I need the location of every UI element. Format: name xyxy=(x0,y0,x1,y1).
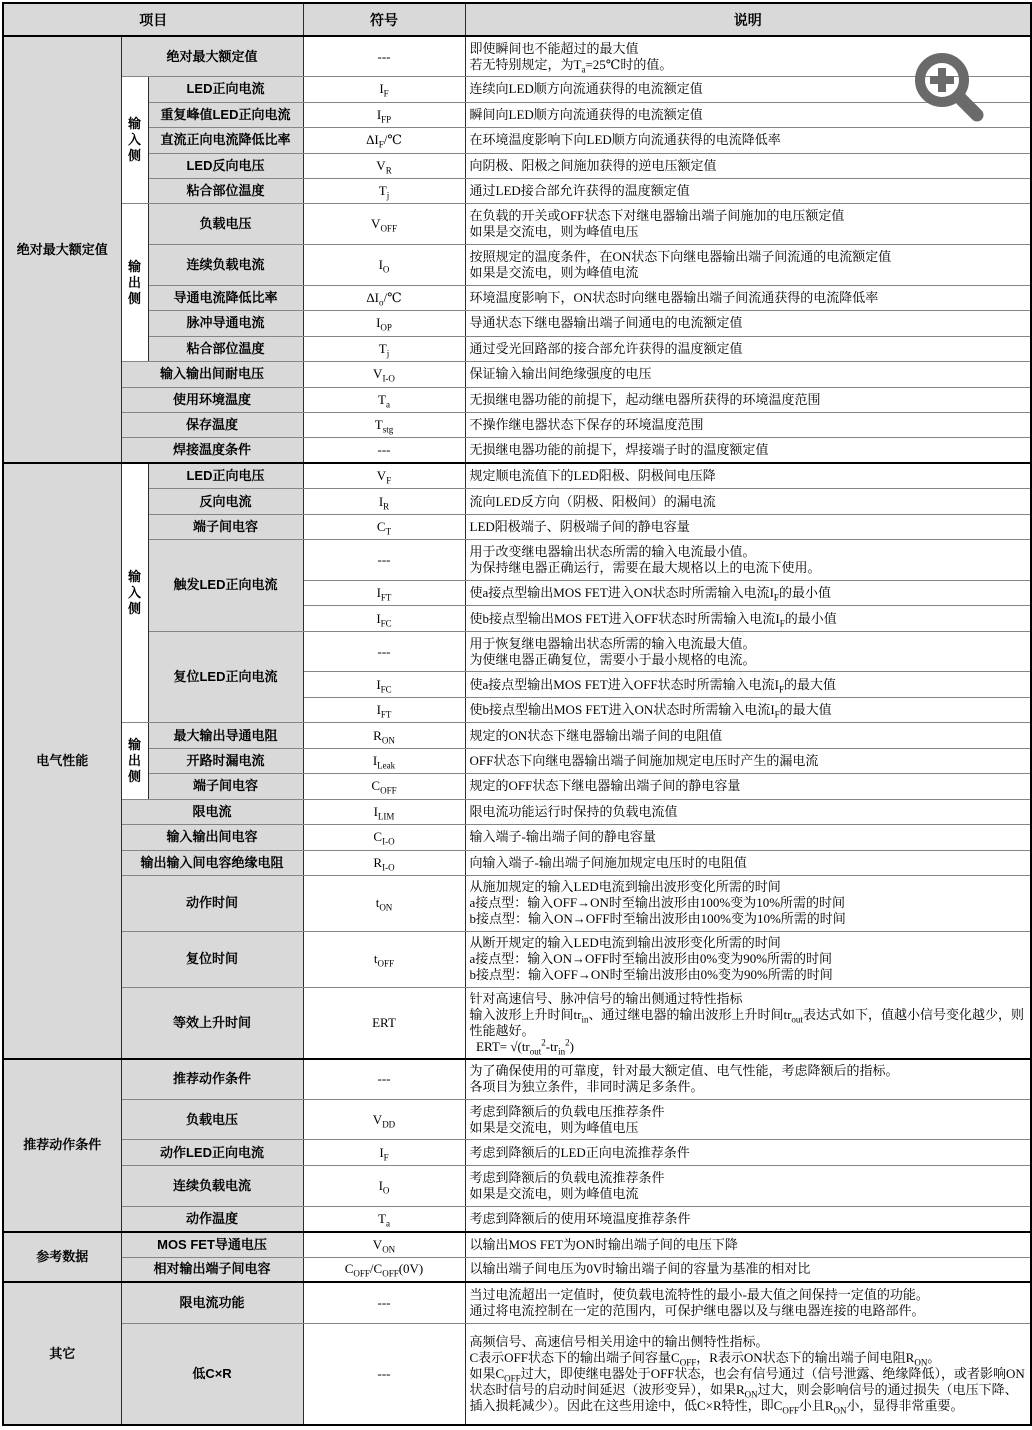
item-cell: 相对输出端子间电容 xyxy=(121,1257,303,1282)
symbol-cell: IF xyxy=(303,77,465,102)
table-row: 重复峰值LED正向电流IFP瞬间向LED顺方向流通获得的电流额定值 xyxy=(3,102,1031,127)
description-cell: 以输出端子间电压为0V时输出端子间的容量为基准的相对比 xyxy=(465,1257,1031,1282)
table-row: 输出侧最大输出导通电阻RON规定的ON状态下继电器输出端子间的电阻值 xyxy=(3,723,1031,748)
table-row: 负载电压VDD考虑到降额后的负载电压推荐条件如果是交流电，则为峰值电压 xyxy=(3,1099,1031,1140)
item-cell: 复位时间 xyxy=(121,931,303,987)
item-cell: 端子间电容 xyxy=(148,514,303,539)
description-cell: 通过受光回路部的接合部允许获得的温度额定值 xyxy=(465,336,1031,361)
description-cell: 考虑到降额后的负载电压推荐条件如果是交流电，则为峰值电压 xyxy=(465,1099,1031,1140)
symbol-cell: --- xyxy=(303,1282,465,1323)
symbol-cell: tON xyxy=(303,875,465,931)
symbol-cell: ILIM xyxy=(303,799,465,824)
symbol-cell: IFC xyxy=(303,672,465,697)
description-cell: 用于改变继电器输出状态所需的输入电流最小值。为保持继电器正确运行，需要在最大规格… xyxy=(465,540,1031,581)
table-row: 复位时间tOFF从断开规定的输入LED电流到输出波形变化所需的时间a接点型：输入… xyxy=(3,931,1031,987)
item-cell: 输出输入间电容绝缘电阻 xyxy=(121,850,303,875)
description-cell: 使b接点型输出MOS FET进入OFF状态时所需输入电流IF的最小值 xyxy=(465,606,1031,631)
table-row: 连续负载电流IO考虑到降额后的负载电流推荐条件如果是交流电，则为峰值电流 xyxy=(3,1165,1031,1206)
section-label-cell: 绝对最大额定值 xyxy=(3,36,121,463)
table-row: 绝对最大额定值绝对最大额定值---即使瞬间也不能超过的最大值若无特别规定，为Ta… xyxy=(3,36,1031,77)
description-cell: 流向LED反方向（阴极、阳极间）的漏电流 xyxy=(465,489,1031,514)
symbol-cell: Ta xyxy=(303,1206,465,1231)
symbol-cell: ILeak xyxy=(303,748,465,773)
table-row: 相对输出端子间电容COFF/COFF(0V)以输出端子间电压为0V时输出端子间的… xyxy=(3,1257,1031,1282)
description-cell: 输入端子-输出端子间的静电容量 xyxy=(465,825,1031,850)
table-row: 连续负载电流IO按照规定的温度条件，在ON状态下向继电器输出端子间流通的电流额定… xyxy=(3,245,1031,286)
table-row: 端子间电容COFF规定的OFF状态下继电器输出端子间的静电容量 xyxy=(3,774,1031,799)
symbol-cell: --- xyxy=(303,1059,465,1100)
zoom-in-icon[interactable] xyxy=(911,49,991,129)
symbol-cell: COFF xyxy=(303,774,465,799)
item-cell: 重复峰值LED正向电流 xyxy=(148,102,303,127)
symbol-cell: Tstg xyxy=(303,412,465,437)
symbol-cell: --- xyxy=(303,631,465,672)
table-row: 电气性能输入侧LED正向电压VF规定顺电流值下的LED阳极、阴极间电压降 xyxy=(3,463,1031,488)
symbol-cell: --- xyxy=(303,540,465,581)
item-cell: 低C×R xyxy=(121,1323,303,1425)
table-row: 粘合部位温度Tj通过受光回路部的接合部允许获得的温度额定值 xyxy=(3,336,1031,361)
table-row: 粘合部位温度Tj通过LED接合部允许获得的温度额定值 xyxy=(3,178,1031,203)
symbol-cell: COFF/COFF(0V) xyxy=(303,1257,465,1282)
table-row: 低C×R---高频信号、高速信号相关用途中的输出侧特性指标。C表示OFF状态下的… xyxy=(3,1323,1031,1425)
table-row: 端子间电容CTLED阳极端子、阴极端子间的静电容量 xyxy=(3,514,1031,539)
description-cell: 使b接点型输出MOS FET进入ON状态时所需输入电流IF的最大值 xyxy=(465,697,1031,722)
item-cell: 导通电流降低比率 xyxy=(148,285,303,310)
item-cell: 限电流 xyxy=(121,799,303,824)
item-cell: 开路时漏电流 xyxy=(148,748,303,773)
spec-table: 项目 符号 说明 绝对最大额定值绝对最大额定值---即使瞬间也不能超过的最大值若… xyxy=(2,2,1032,1426)
description-cell: 向阴极、阳极之间施加获得的逆电压额定值 xyxy=(465,153,1031,178)
table-row: 输入输出间耐电压VI-O保证输入输出间绝缘强度的电压 xyxy=(3,362,1031,387)
symbol-cell: --- xyxy=(303,438,465,463)
description-cell: 考虑到降额后的负载电流推荐条件如果是交流电，则为峰值电流 xyxy=(465,1165,1031,1206)
description-cell: 高频信号、高速信号相关用途中的输出侧特性指标。C表示OFF状态下的输出端子间容量… xyxy=(465,1323,1031,1425)
symbol-cell: VF xyxy=(303,463,465,488)
symbol-cell: IO xyxy=(303,1165,465,1206)
symbol-cell: VI-O xyxy=(303,362,465,387)
item-cell: LED正向电流 xyxy=(148,77,303,102)
description-cell: 无损继电器功能的前提下，焊接端子时的温度额定值 xyxy=(465,438,1031,463)
table-row: 限电流ILIM限电流功能运行时保持的负载电流值 xyxy=(3,799,1031,824)
symbol-cell: VDD xyxy=(303,1099,465,1140)
description-cell: 通过LED接合部允许获得的温度额定值 xyxy=(465,178,1031,203)
item-cell: 输入输出间耐电压 xyxy=(121,362,303,387)
description-cell: 导通状态下继电器输出端子间通电的电流额定值 xyxy=(465,311,1031,336)
symbol-cell: IFT xyxy=(303,580,465,605)
description-cell: OFF状态下向继电器输出端子间施加规定电压时产生的漏电流 xyxy=(465,748,1031,773)
item-cell: 动作温度 xyxy=(121,1206,303,1231)
description-cell: 无损继电器功能的前提下，起动继电器所获得的环境温度范围 xyxy=(465,387,1031,412)
item-cell: 连续负载电流 xyxy=(121,1165,303,1206)
table-row: 参考数据MOS FET导通电压VON以输出MOS FET为ON时输出端子间的电压… xyxy=(3,1232,1031,1257)
item-cell: 保存温度 xyxy=(121,412,303,437)
item-cell: 最大输出导通电阻 xyxy=(148,723,303,748)
symbol-cell: Tj xyxy=(303,336,465,361)
table-row: 脉冲导通电流IOP导通状态下继电器输出端子间通电的电流额定值 xyxy=(3,311,1031,336)
description-cell: LED阳极端子、阴极端子间的静电容量 xyxy=(465,514,1031,539)
table-row: 其它限电流功能---当过电流超出一定值时，使负载电流特性的最小-最大值之间保持一… xyxy=(3,1282,1031,1323)
spec-document-page: 项目 符号 说明 绝对最大额定值绝对最大额定值---即使瞬间也不能超过的最大值若… xyxy=(0,2,1032,1430)
symbol-cell: IFC xyxy=(303,606,465,631)
item-cell: 动作时间 xyxy=(121,875,303,931)
description-cell: 针对高速信号、脉冲信号的输出侧通过特性指标输入波形上升时间trin、通过继电器的… xyxy=(465,987,1031,1058)
symbol-cell: IFP xyxy=(303,102,465,127)
table-header-description: 说明 xyxy=(465,3,1031,36)
symbol-cell: IO xyxy=(303,245,465,286)
item-cell: 绝对最大额定值 xyxy=(121,36,303,77)
item-cell: 复位LED正向电流 xyxy=(148,631,303,723)
description-cell: 规定的OFF状态下继电器输出端子间的静电容量 xyxy=(465,774,1031,799)
item-cell: LED反向电压 xyxy=(148,153,303,178)
table-row: 输出输入间电容绝缘电阻RI-O向输入端子-输出端子间施加规定电压时的电阻值 xyxy=(3,850,1031,875)
table-row: 输出侧负载电压VOFF在负载的开关或OFF状态下对继电器输出端子间施加的电压额定… xyxy=(3,204,1031,245)
item-cell: 连续负载电流 xyxy=(148,245,303,286)
group-label-cell: 输出侧 xyxy=(121,723,148,799)
symbol-cell: CT xyxy=(303,514,465,539)
description-cell: 按照规定的温度条件，在ON状态下向继电器输出端子间流通的电流额定值如果是交流电，… xyxy=(465,245,1031,286)
table-row: 复位LED正向电流---用于恢复继电器输出状态所需的输入电流最大值。为使继电器正… xyxy=(3,631,1031,672)
table-row: 导通电流降低比率ΔIo/℃环境温度影响下，ON状态时向继电器输出端子间流通获得的… xyxy=(3,285,1031,310)
symbol-cell: --- xyxy=(303,36,465,77)
description-cell: 为了确保使用的可靠度，针对最大额定值、电气性能，考虑降额后的指标。各项目为独立条… xyxy=(465,1059,1031,1100)
group-label-cell: 输出侧 xyxy=(121,204,148,362)
table-row: 保存温度Tstg不操作继电器状态下保存的环境温度范围 xyxy=(3,412,1031,437)
symbol-cell: ERT xyxy=(303,987,465,1058)
table-row: 直流正向电流降低比率ΔIF/℃在环境温度影响下向LED顺方向流通获得的电流降低率 xyxy=(3,128,1031,153)
table-row: 触发LED正向电流---用于改变继电器输出状态所需的输入电流最小值。为保持继电器… xyxy=(3,540,1031,581)
table-row: 动作LED正向电流IF考虑到降额后的LED正向电流推荐条件 xyxy=(3,1140,1031,1165)
description-cell: 当过电流超出一定值时，使负载电流特性的最小-最大值之间保持一定值的功能。通过将电… xyxy=(465,1282,1031,1323)
item-cell: 焊接温度条件 xyxy=(121,438,303,463)
item-cell: 输入输出间电容 xyxy=(121,825,303,850)
symbol-cell: IFT xyxy=(303,697,465,722)
description-cell: 考虑到降额后的LED正向电流推荐条件 xyxy=(465,1140,1031,1165)
table-row: 动作温度Ta考虑到降额后的使用环境温度推荐条件 xyxy=(3,1206,1031,1231)
symbol-cell: IF xyxy=(303,1140,465,1165)
spec-table-body: 绝对最大额定值绝对最大额定值---即使瞬间也不能超过的最大值若无特别规定，为Ta… xyxy=(3,36,1031,1425)
table-row: 使用环境温度Ta无损继电器功能的前提下，起动继电器所获得的环境温度范围 xyxy=(3,387,1031,412)
item-cell: 使用环境温度 xyxy=(121,387,303,412)
item-cell: 脉冲导通电流 xyxy=(148,311,303,336)
symbol-cell: ΔIF/℃ xyxy=(303,128,465,153)
item-cell: 推荐动作条件 xyxy=(121,1059,303,1100)
description-cell: 保证输入输出间绝缘强度的电压 xyxy=(465,362,1031,387)
description-cell: 在负载的开关或OFF状态下对继电器输出端子间施加的电压额定值如果是交流电，则为峰… xyxy=(465,204,1031,245)
symbol-cell: CI-O xyxy=(303,825,465,850)
item-cell: 粘合部位温度 xyxy=(148,336,303,361)
table-row: 输入侧LED正向电流IF连续向LED顺方向流通获得的电流额定值 xyxy=(3,77,1031,102)
table-row: 反向电流IR流向LED反方向（阴极、阳极间）的漏电流 xyxy=(3,489,1031,514)
section-label-cell: 推荐动作条件 xyxy=(3,1059,121,1232)
symbol-cell: tOFF xyxy=(303,931,465,987)
table-row: LED反向电压VR向阴极、阳极之间施加获得的逆电压额定值 xyxy=(3,153,1031,178)
item-cell: LED正向电压 xyxy=(148,463,303,488)
table-header-row: 项目 符号 说明 xyxy=(3,3,1031,36)
symbol-cell: Ta xyxy=(303,387,465,412)
description-cell: 从断开规定的输入LED电流到输出波形变化所需的时间a接点型：输入ON→OFF时至… xyxy=(465,931,1031,987)
item-cell: 粘合部位温度 xyxy=(148,178,303,203)
description-cell: 使a接点型输出MOS FET进入OFF状态时所需输入电流IF的最大值 xyxy=(465,672,1031,697)
description-cell: 环境温度影响下，ON状态时向继电器输出端子间流通获得的电流降低率 xyxy=(465,285,1031,310)
table-row: 输入输出间电容CI-O输入端子-输出端子间的静电容量 xyxy=(3,825,1031,850)
section-label-cell: 其它 xyxy=(3,1282,121,1425)
item-cell: 动作LED正向电流 xyxy=(121,1140,303,1165)
description-cell: 限电流功能运行时保持的负载电流值 xyxy=(465,799,1031,824)
description-cell: 不操作继电器状态下保存的环境温度范围 xyxy=(465,412,1031,437)
symbol-cell: RON xyxy=(303,723,465,748)
description-cell: 规定的ON状态下继电器输出端子间的电阻值 xyxy=(465,723,1031,748)
description-cell: 从施加规定的输入LED电流到输出波形变化所需的时间a接点型：输入OFF→ON时至… xyxy=(465,875,1031,931)
item-cell: 等效上升时间 xyxy=(121,987,303,1058)
group-label-cell: 输入侧 xyxy=(121,463,148,722)
symbol-cell: IOP xyxy=(303,311,465,336)
symbol-cell: --- xyxy=(303,1323,465,1425)
symbol-cell: Tj xyxy=(303,178,465,203)
symbol-cell: IR xyxy=(303,489,465,514)
description-cell: 考虑到降额后的使用环境温度推荐条件 xyxy=(465,1206,1031,1231)
item-cell: 负载电压 xyxy=(121,1099,303,1140)
item-cell: 触发LED正向电流 xyxy=(148,540,303,632)
table-row: 焊接温度条件---无损继电器功能的前提下，焊接端子时的温度额定值 xyxy=(3,438,1031,463)
symbol-cell: VR xyxy=(303,153,465,178)
symbol-cell: VON xyxy=(303,1232,465,1257)
description-cell: 以输出MOS FET为ON时输出端子间的电压下降 xyxy=(465,1232,1031,1257)
description-cell: 使a接点型输出MOS FET进入ON状态时所需输入电流IF的最小值 xyxy=(465,580,1031,605)
description-cell: 在环境温度影响下向LED顺方向流通获得的电流降低率 xyxy=(465,128,1031,153)
description-cell: 向输入端子-输出端子间施加规定电压时的电阻值 xyxy=(465,850,1031,875)
symbol-cell: RI-O xyxy=(303,850,465,875)
table-row: 动作时间tON从施加规定的输入LED电流到输出波形变化所需的时间a接点型：输入O… xyxy=(3,875,1031,931)
symbol-cell: VOFF xyxy=(303,204,465,245)
item-cell: 端子间电容 xyxy=(148,774,303,799)
section-label-cell: 参考数据 xyxy=(3,1232,121,1283)
table-row: 等效上升时间ERT针对高速信号、脉冲信号的输出侧通过特性指标输入波形上升时间tr… xyxy=(3,987,1031,1058)
item-cell: 限电流功能 xyxy=(121,1282,303,1323)
item-cell: MOS FET导通电压 xyxy=(121,1232,303,1257)
symbol-cell: ΔIo/℃ xyxy=(303,285,465,310)
description-cell: 规定顺电流值下的LED阳极、阴极间电压降 xyxy=(465,463,1031,488)
table-row: 开路时漏电流ILeakOFF状态下向继电器输出端子间施加规定电压时产生的漏电流 xyxy=(3,748,1031,773)
item-cell: 直流正向电流降低比率 xyxy=(148,128,303,153)
table-header-item: 项目 xyxy=(3,3,303,36)
table-row: 推荐动作条件推荐动作条件---为了确保使用的可靠度，针对最大额定值、电气性能，考… xyxy=(3,1059,1031,1100)
table-header-symbol: 符号 xyxy=(303,3,465,36)
item-cell: 反向电流 xyxy=(148,489,303,514)
description-cell: 用于恢复继电器输出状态所需的输入电流最大值。为使继电器正确复位，需要小于最小规格… xyxy=(465,631,1031,672)
section-label-cell: 电气性能 xyxy=(3,463,121,1058)
group-label-cell: 输入侧 xyxy=(121,77,148,204)
item-cell: 负载电压 xyxy=(148,204,303,245)
